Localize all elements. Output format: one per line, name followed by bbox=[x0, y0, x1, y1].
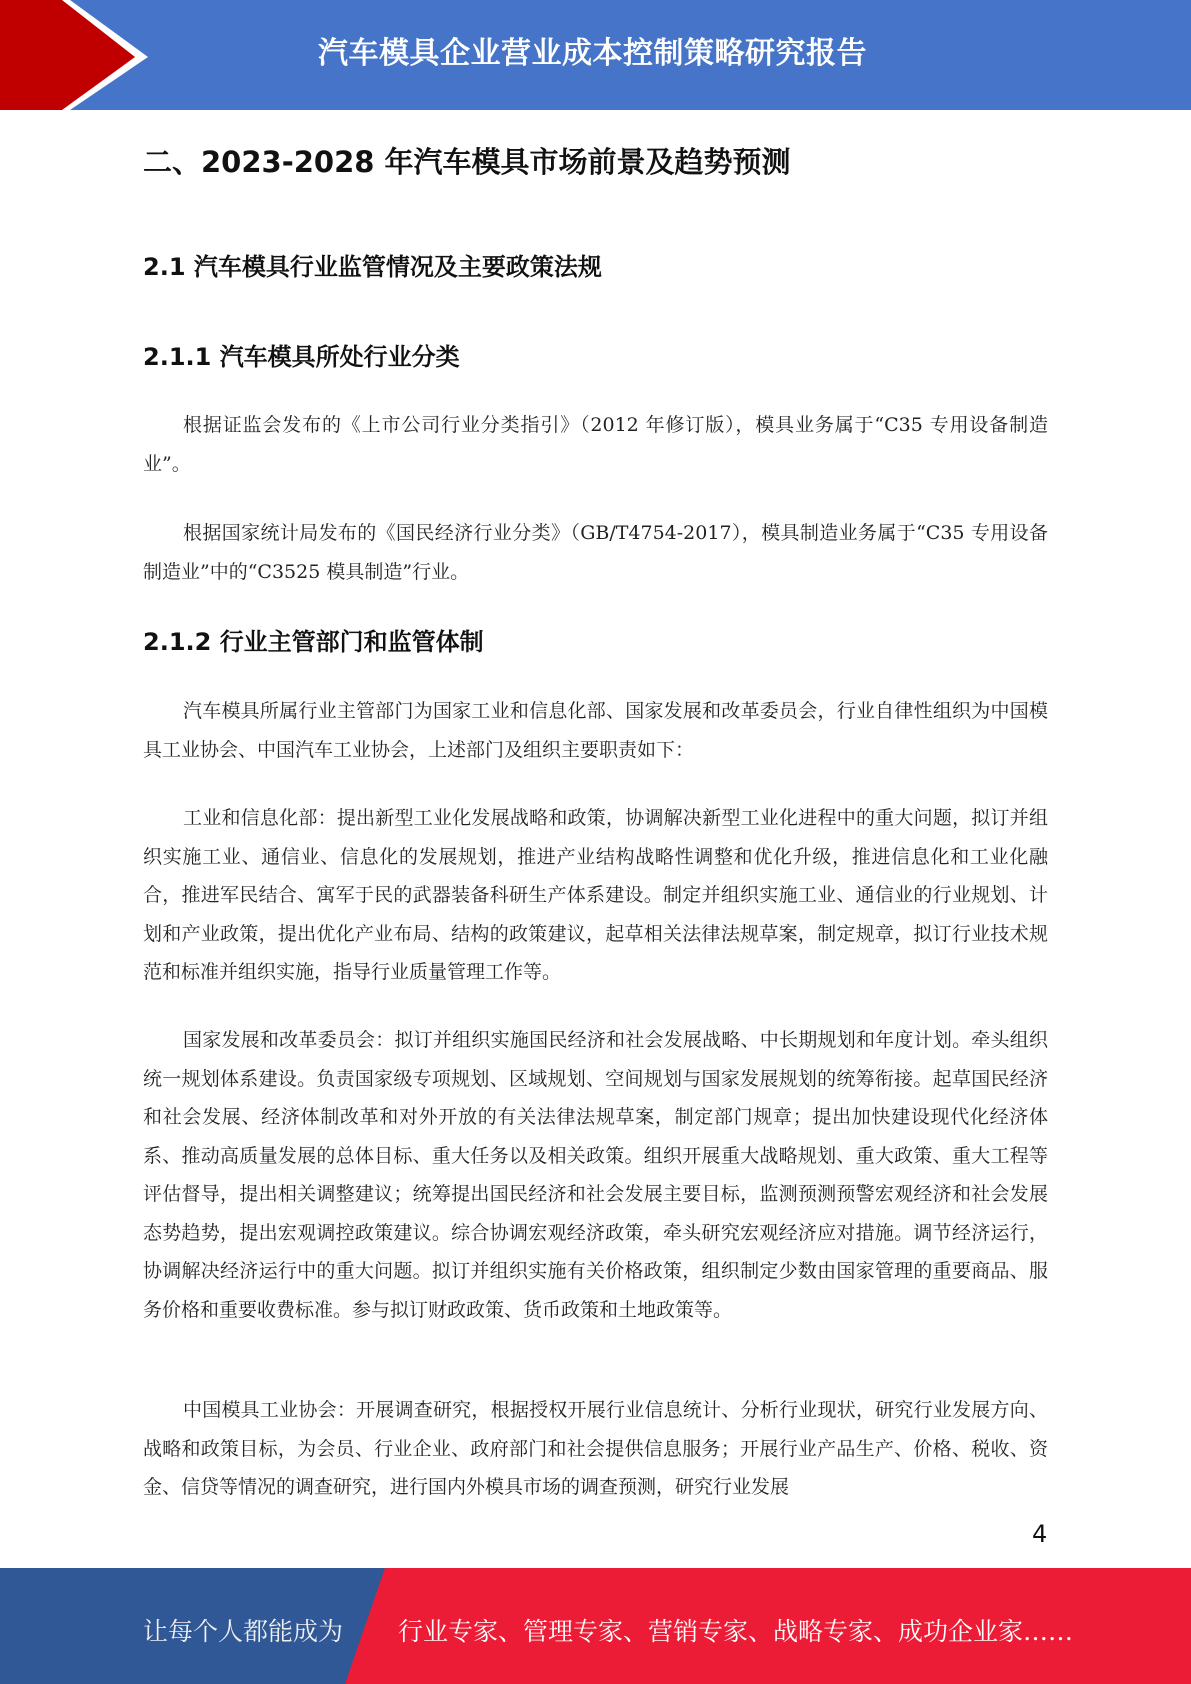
footer-slogan-left: 让每个人都能成为 bbox=[143, 1612, 343, 1648]
report-title: 汽车模具企业营业成本控制策略研究报告 bbox=[318, 28, 867, 72]
footer-slogan-right: 行业专家、管理专家、营销专家、战略专家、成功企业家…… bbox=[398, 1612, 1073, 1648]
paragraph-ndrc: 国家发展和改革委员会：拟订并组织实施国民经济和社会发展战略、中长期规划和年度计划… bbox=[143, 1021, 1048, 1329]
page-number: 4 bbox=[1032, 1520, 1047, 1548]
paragraph-miit: 工业和信息化部：提出新型工业化发展战略和政策，协调解决新型工业化进程中的重大问题… bbox=[143, 799, 1048, 992]
paragraph-csrc-classification: 根据证监会发布的《上市公司行业分类指引》（2012 年修订版），模具业务属于“C… bbox=[143, 406, 1048, 483]
section-heading-2-1: 2.1 汽车模具行业监管情况及主要政策法规 bbox=[143, 247, 602, 282]
red-chevron-icon bbox=[0, 0, 160, 110]
chapter-heading: 二、2023-2028 年汽车模具市场前景及趋势预测 bbox=[143, 140, 791, 181]
paragraph-nbs-classification: 根据国家统计局发布的《国民经济行业分类》（GB/T4754-2017），模具制造… bbox=[143, 514, 1048, 591]
paragraph-authorities-intro: 汽车模具所属行业主管部门为国家工业和信息化部、国家发展和改革委员会，行业自律性组… bbox=[143, 692, 1048, 769]
section-heading-2-1-1: 2.1.1 汽车模具所处行业分类 bbox=[143, 337, 460, 372]
paragraph-die-mould-association: 中国模具工业协会：开展调查研究，根据授权开展行业信息统计、分析行业现状，研究行业… bbox=[143, 1391, 1048, 1507]
section-heading-2-1-2: 2.1.2 行业主管部门和监管体制 bbox=[143, 622, 484, 657]
page-header: 汽车模具企业营业成本控制策略研究报告 bbox=[0, 0, 1191, 110]
page-footer: 让每个人都能成为 行业专家、管理专家、营销专家、战略专家、成功企业家…… bbox=[0, 1568, 1191, 1684]
